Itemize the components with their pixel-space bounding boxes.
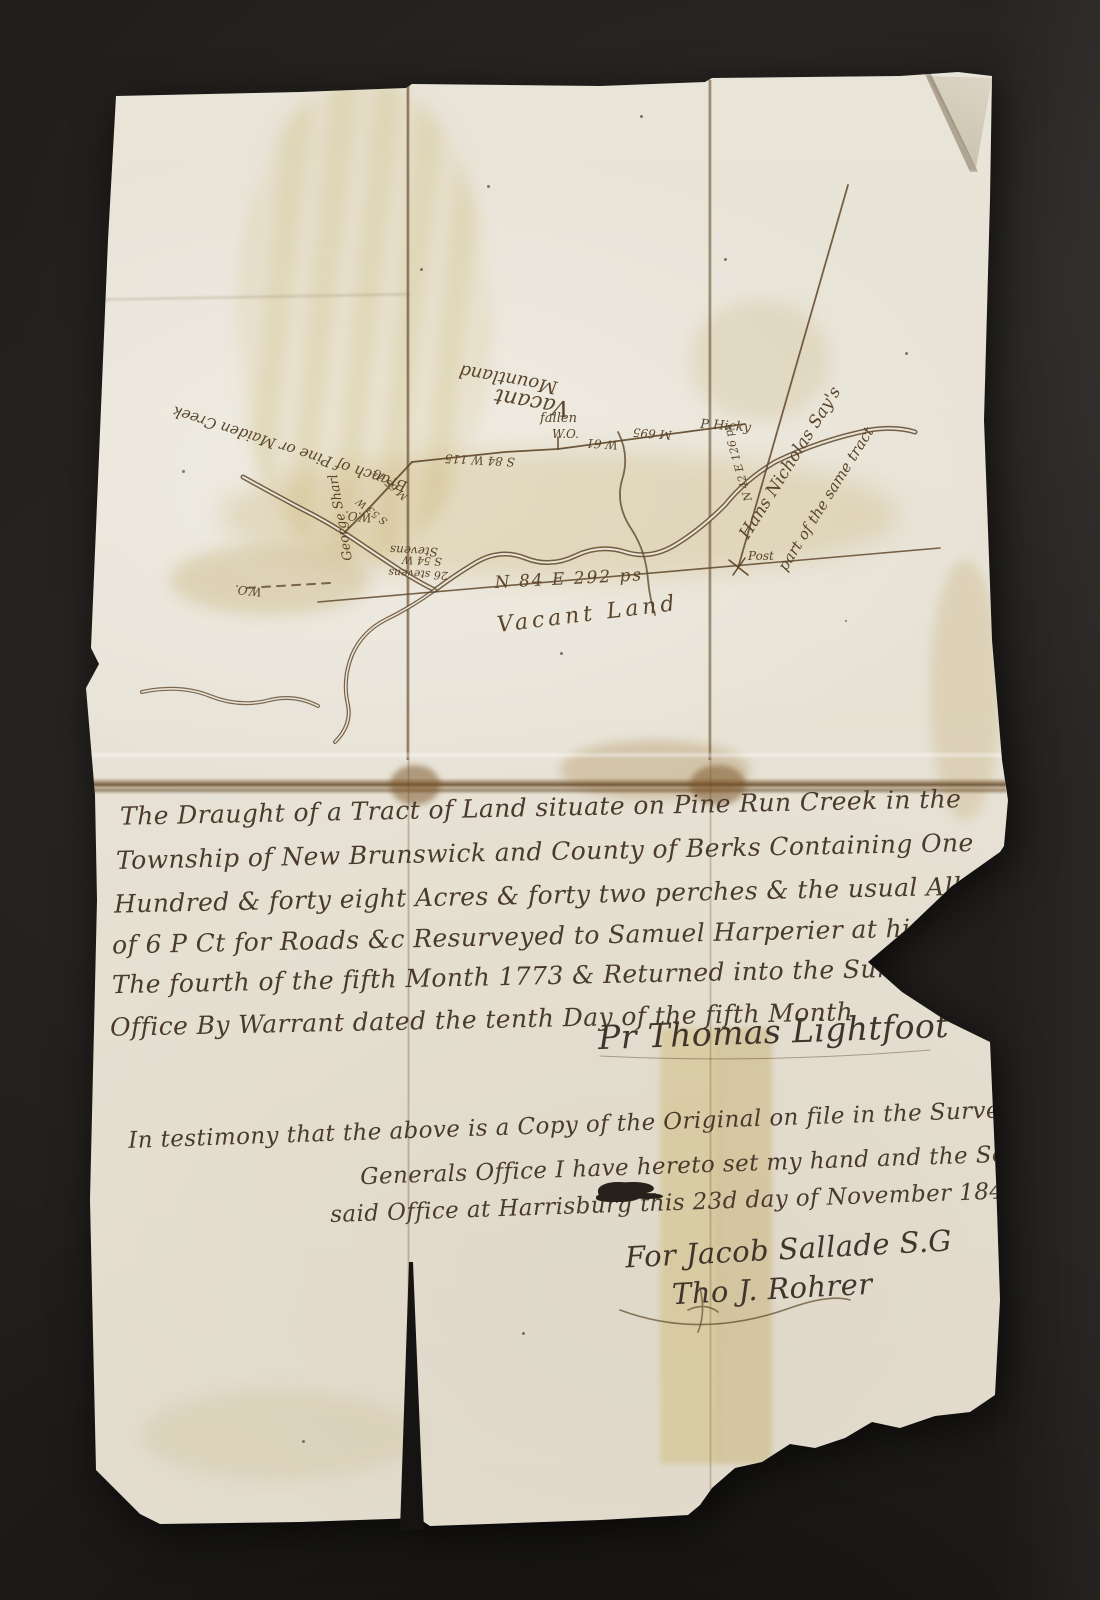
stain-right-edge [930, 560, 1000, 820]
stain-left-mid [170, 545, 370, 615]
paper-speck [724, 258, 727, 261]
map-label-spur-1: M 65 45 [371, 466, 410, 503]
paper-speck [302, 1440, 305, 1443]
map-label-hans-1: Hans Nicholas Say's [735, 383, 846, 544]
map-label-wo-left: W.O. [234, 582, 262, 599]
stain-map-band [220, 450, 900, 580]
map-label-post: Post [747, 549, 774, 563]
map-label-vacant-land: Vacant Land [496, 591, 680, 638]
map-label-fallen: fallen [539, 411, 577, 426]
paper-speck [876, 1252, 879, 1255]
fold-crease-right [708, 80, 712, 760]
map-label-n84e: N 84 E 292 ps [493, 565, 643, 593]
map-label-p-hickory: P Hicky [699, 417, 752, 436]
photo-of-document: Vacant Mountland fallen W.O. S 84 W 115 … [0, 0, 1100, 1600]
body-line-3: Hundred & forty eight Acres & forty two … [114, 870, 1031, 918]
map-label-creek-name: Branch of Pine or Maiden Creek [170, 402, 410, 495]
map-label-vacant-upside-1: Vacant [492, 383, 571, 421]
paper-speck [522, 1332, 525, 1335]
map-label-diag-bearing: N 42 E 126 ps [720, 423, 755, 504]
map-label-bearing-m695: M 695 [632, 425, 673, 442]
paper-speck [420, 268, 423, 271]
map-label-stevens: Stevens [390, 542, 439, 558]
map-label-bearing-w61: W 61 [586, 436, 618, 452]
fold-highlight [90, 752, 1005, 758]
paper-speck [560, 652, 563, 655]
body-line-2: Township of New Brunswick and County of … [116, 828, 974, 875]
map-label-s54w: S 54 W [400, 553, 442, 568]
paper-speck [740, 930, 742, 932]
fold-crease-left [406, 86, 410, 760]
map-label-george: George Sharl [326, 473, 356, 562]
map-label-bearing-s84w: S 84 W 115 [444, 451, 515, 469]
paper-speck [905, 352, 908, 355]
paper-speck [487, 185, 490, 188]
map-label-spur-2: S 53 W [354, 495, 390, 526]
map-label-wo-mid: W.O. [344, 508, 372, 525]
body-line-1: The Draught of a Tract of Land situate o… [120, 784, 962, 831]
map-label-fallen-wo: W.O. [552, 427, 579, 441]
map-label-stevens-26: 26 stevens [388, 566, 449, 582]
attestation-signer: Tho J. Rohrer [671, 1267, 873, 1311]
map-label-hans-2: part of the same tract [774, 423, 878, 574]
crease-faint-upper [90, 293, 410, 301]
attestation-for-line: For Jacob Sallade S.G [624, 1223, 952, 1274]
stain-bottom-left [140, 1390, 420, 1480]
paper-speck [182, 470, 185, 473]
dog-ear-fold [926, 74, 994, 170]
paper-speck [845, 620, 847, 622]
stain-top-left-streaks [224, 72, 507, 568]
document-paper: Vacant Mountland fallen W.O. S 84 W 115 … [0, 0, 1100, 1600]
map-label-vacant-upside-2: Mountland [457, 360, 559, 398]
stain-top-right [690, 300, 830, 420]
paper-shadow-wrap: Vacant Mountland fallen W.O. S 84 W 115 … [0, 0, 1100, 1600]
body-line-4: of 6 P Ct for Roads &c Resurveyed to Sam… [112, 914, 924, 960]
body-line-5: The fourth of the fifth Month 1773 & Ret… [112, 954, 904, 1000]
paper-speck [640, 115, 643, 118]
